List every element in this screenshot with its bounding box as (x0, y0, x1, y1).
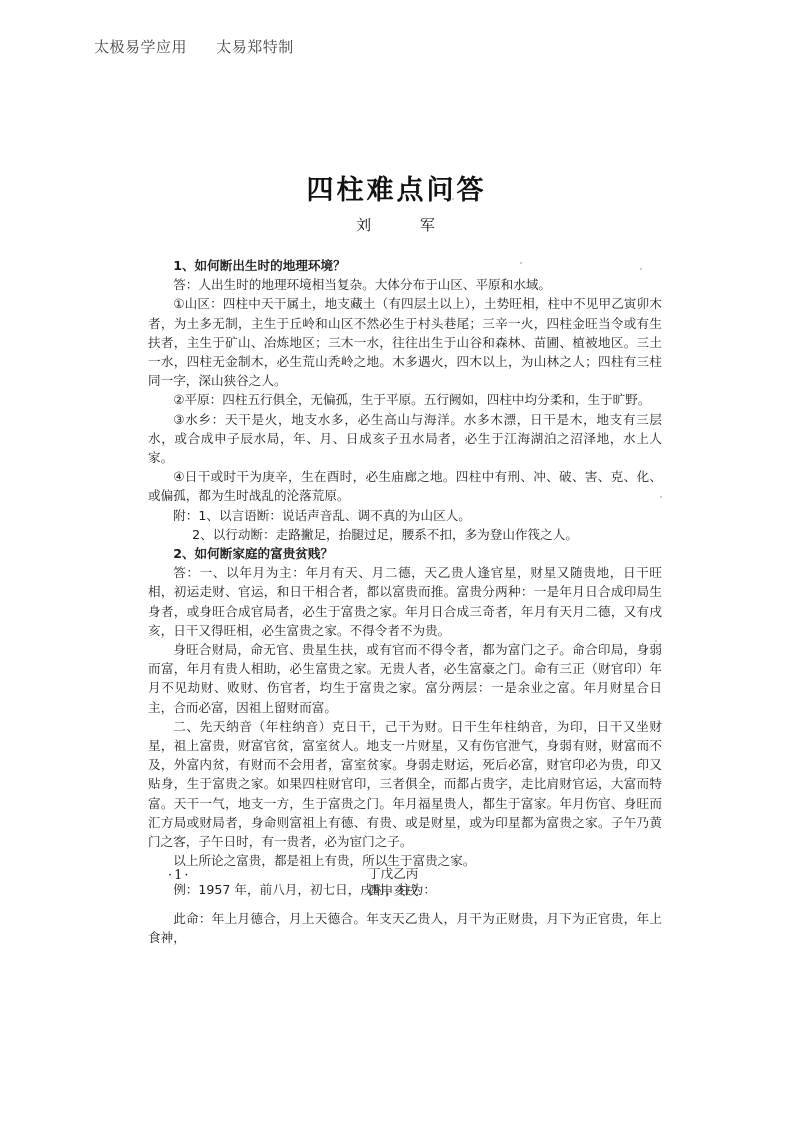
scan-speck (520, 262, 522, 264)
question-heading: 1、如何断出生时的地理环境？ (148, 256, 662, 275)
paragraph: ②平原：四柱五行俱全，无偏孤，生于平原。五行阙如，四柱中均分柔和，生于旷野。 (148, 390, 662, 409)
paragraph: 答：一、以年月为主：年月有天、月二德，天乙贵人逢官星，财星又随贵地，日干旺相，初… (148, 563, 662, 640)
paragraph: 答：人出生时的地理环境相当复杂。大体分布于山区、平原和水域。 (148, 275, 662, 294)
question-heading: 2、如何断家庭的富贵贫贱？ (148, 544, 662, 563)
example-chart: 例：1957 年，前八月，初七日，戌时，柱为： 丁戊乙丙 酉申亥戌 (148, 871, 662, 909)
header-left-text: 太极易学应用 (94, 38, 187, 56)
appendix-item: 2、以行动断：走路撇足，抬腿过足，腰系不扣，多为登山作筏之人。 (148, 525, 662, 544)
article-author: 刘 军 (0, 214, 793, 235)
paragraph: 此命：年上月德合，月上天德合。年支天乙贵人，月干为正财贵，月下为正官贵，年上食神… (148, 909, 662, 947)
page-header: 太极易学应用 太易郑特制 (94, 36, 294, 57)
scan-speck (200, 890, 202, 892)
heavenly-stems: 丁戊乙丙 (368, 866, 418, 881)
paragraph: 二、先天纳音（年柱纳音）克日干，己干为财。日干生年柱纳音，为印，日干又坐财星，祖… (148, 717, 662, 851)
page-number: ·1· (168, 868, 191, 883)
scan-speck (452, 198, 454, 200)
four-pillars: 丁戊乙丙 酉申亥戌 (368, 865, 418, 899)
scan-speck (470, 196, 472, 198)
earthly-branches: 酉申亥戌 (368, 883, 418, 898)
paragraph: ④日干或时干为庚辛，生在酉时，必生庙廊之地。四柱中有刑、冲、破、害、克、化、或偏… (148, 467, 662, 505)
paragraph: 身旺合财局，命无官、贵星生扶，或有官而不得令者，都为富门之子。命合印局，身弱而富… (148, 640, 662, 717)
scan-speck (640, 268, 642, 270)
article-body: 1、如何断出生时的地理环境？ 答：人出生时的地理环境相当复杂。大体分布于山区、平… (148, 256, 662, 947)
article-title: 四柱难点问答 (0, 168, 793, 207)
paragraph: ①山区：四柱中天干属土，地支藏土（有四层土以上），土势旺相，柱中不见甲乙寅卯木者… (148, 294, 662, 390)
paragraph: ③水乡：天干是火，地支水多，必生高山与海洋。水多木漂，日干是木，地支有三层水，或… (148, 410, 662, 468)
header-right-text: 太易郑特制 (216, 38, 294, 56)
appendix-item: 附：1、以言语断：说话声音乱、调不真的为山区人。 (148, 506, 662, 525)
scan-speck (655, 640, 657, 642)
scan-speck (660, 496, 662, 498)
